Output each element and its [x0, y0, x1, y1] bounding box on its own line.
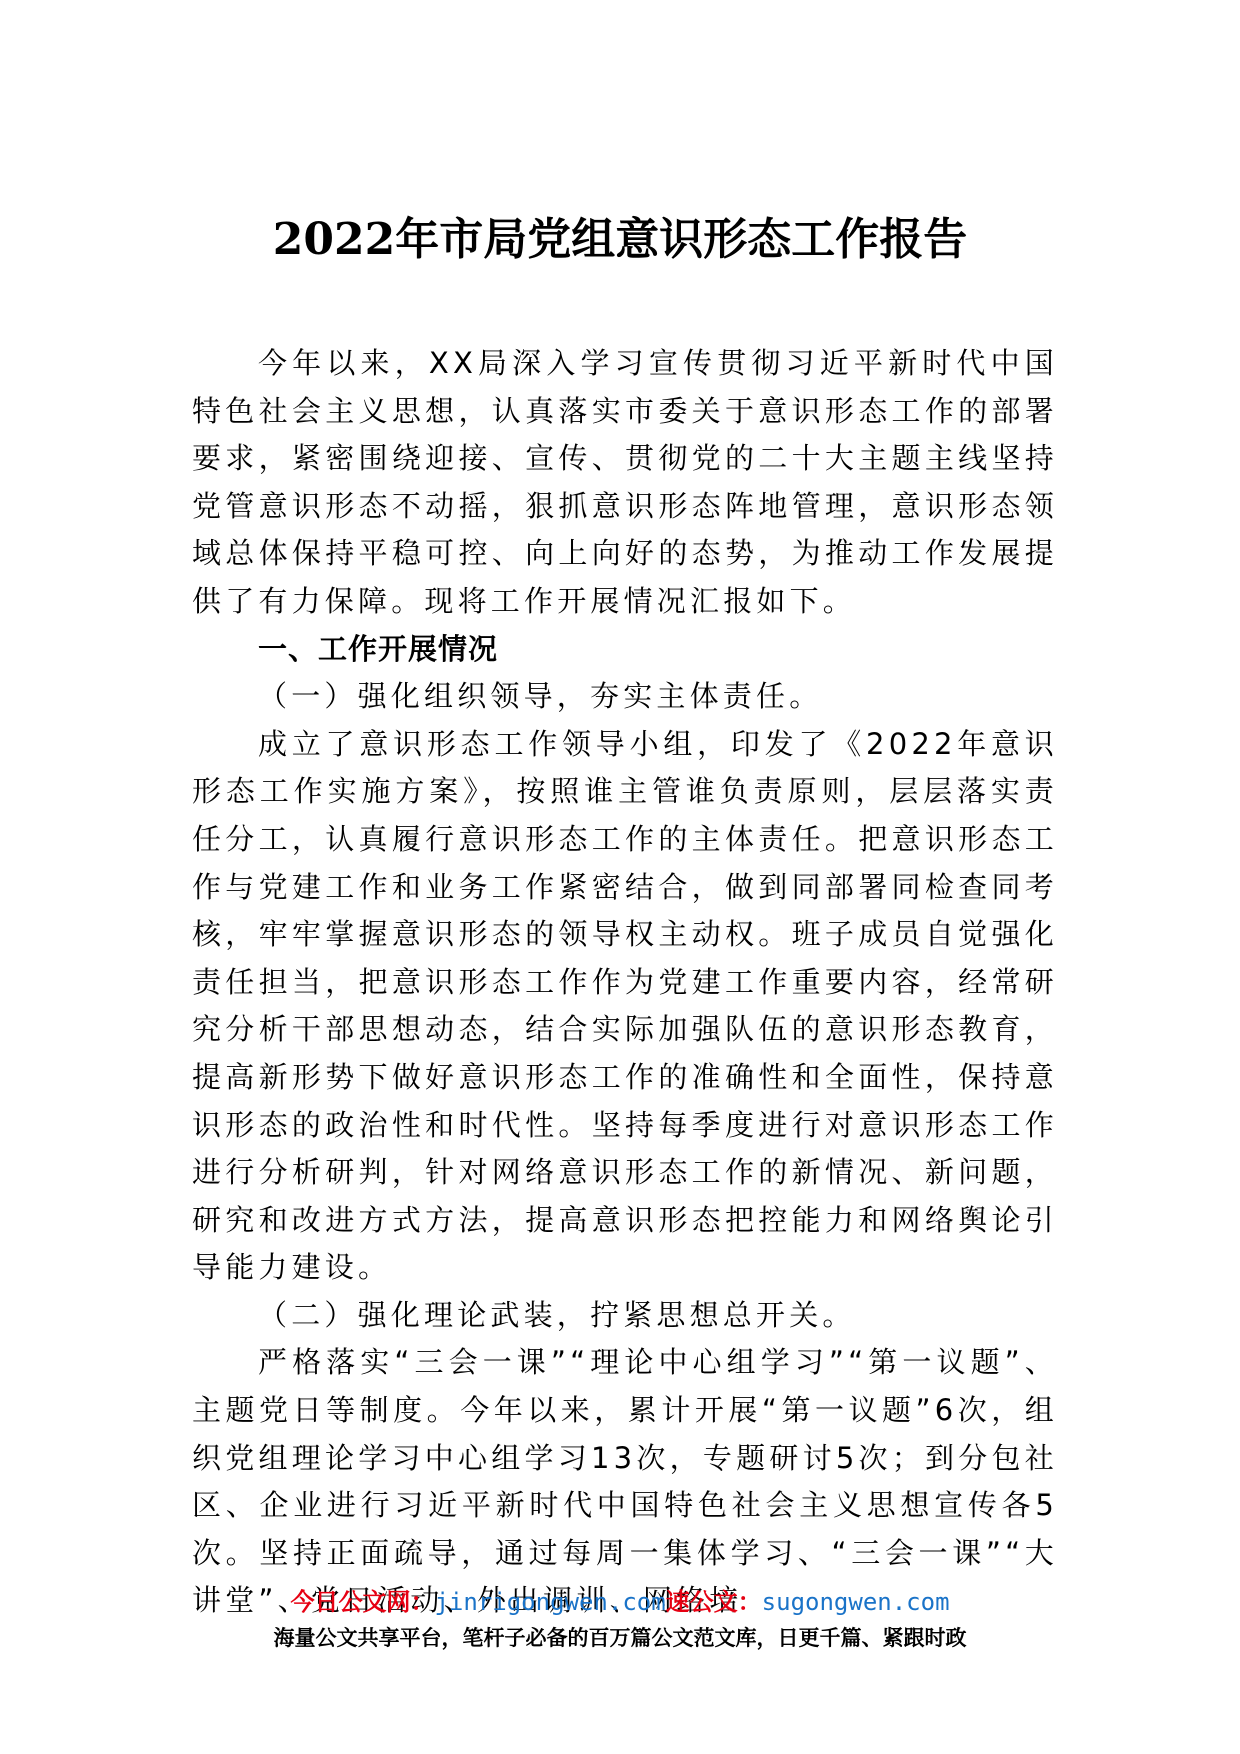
site1-link[interactable]: jinrigongwen.com	[434, 1588, 665, 1616]
watermark-footer: 今日公文网：jinrigongwen.com速公文：sugongwen.com …	[0, 1585, 1240, 1655]
section-heading-1: 一、工作开展情况	[192, 626, 1058, 674]
document-page: 2022年市局党组意识形态工作报告 今年以来，XX局深入学习宣传贯彻习近平新时代…	[0, 0, 1240, 1754]
subsection-heading-2: （二）强化理论武装，拧紧思想总开关。	[192, 1292, 1058, 1340]
document-body: 今年以来，XX局深入学习宣传贯彻习近平新时代中国特色社会主义思想，认真落实市委关…	[192, 340, 1058, 1625]
site2-name: 速公文：	[666, 1588, 762, 1616]
subsection-heading-1: （一）强化组织领导，夯实主体责任。	[192, 673, 1058, 721]
footer-sites: 今日公文网：jinrigongwen.com速公文：sugongwen.com	[0, 1585, 1240, 1619]
paragraph-organization: 成立了意识形态工作领导小组，印发了《2022年意识形态工作实施方案》，按照谁主管…	[192, 721, 1058, 1292]
site1-name: 今日公文网：	[290, 1588, 434, 1616]
site2-link[interactable]: sugongwen.com	[762, 1588, 950, 1616]
intro-paragraph: 今年以来，XX局深入学习宣传贯彻习近平新时代中国特色社会主义思想，认真落实市委关…	[192, 340, 1058, 626]
paragraph-theory: 严格落实“三会一课”“理论中心组学习”“第一议题”、主题党日等制度。今年以来，累…	[192, 1339, 1058, 1625]
document-title: 2022年市局党组意识形态工作报告	[0, 212, 1240, 268]
footer-slogan: 海量公文共享平台，笔杆子必备的百万篇公文范文库，日更千篇、紧跟时政	[0, 1621, 1240, 1655]
